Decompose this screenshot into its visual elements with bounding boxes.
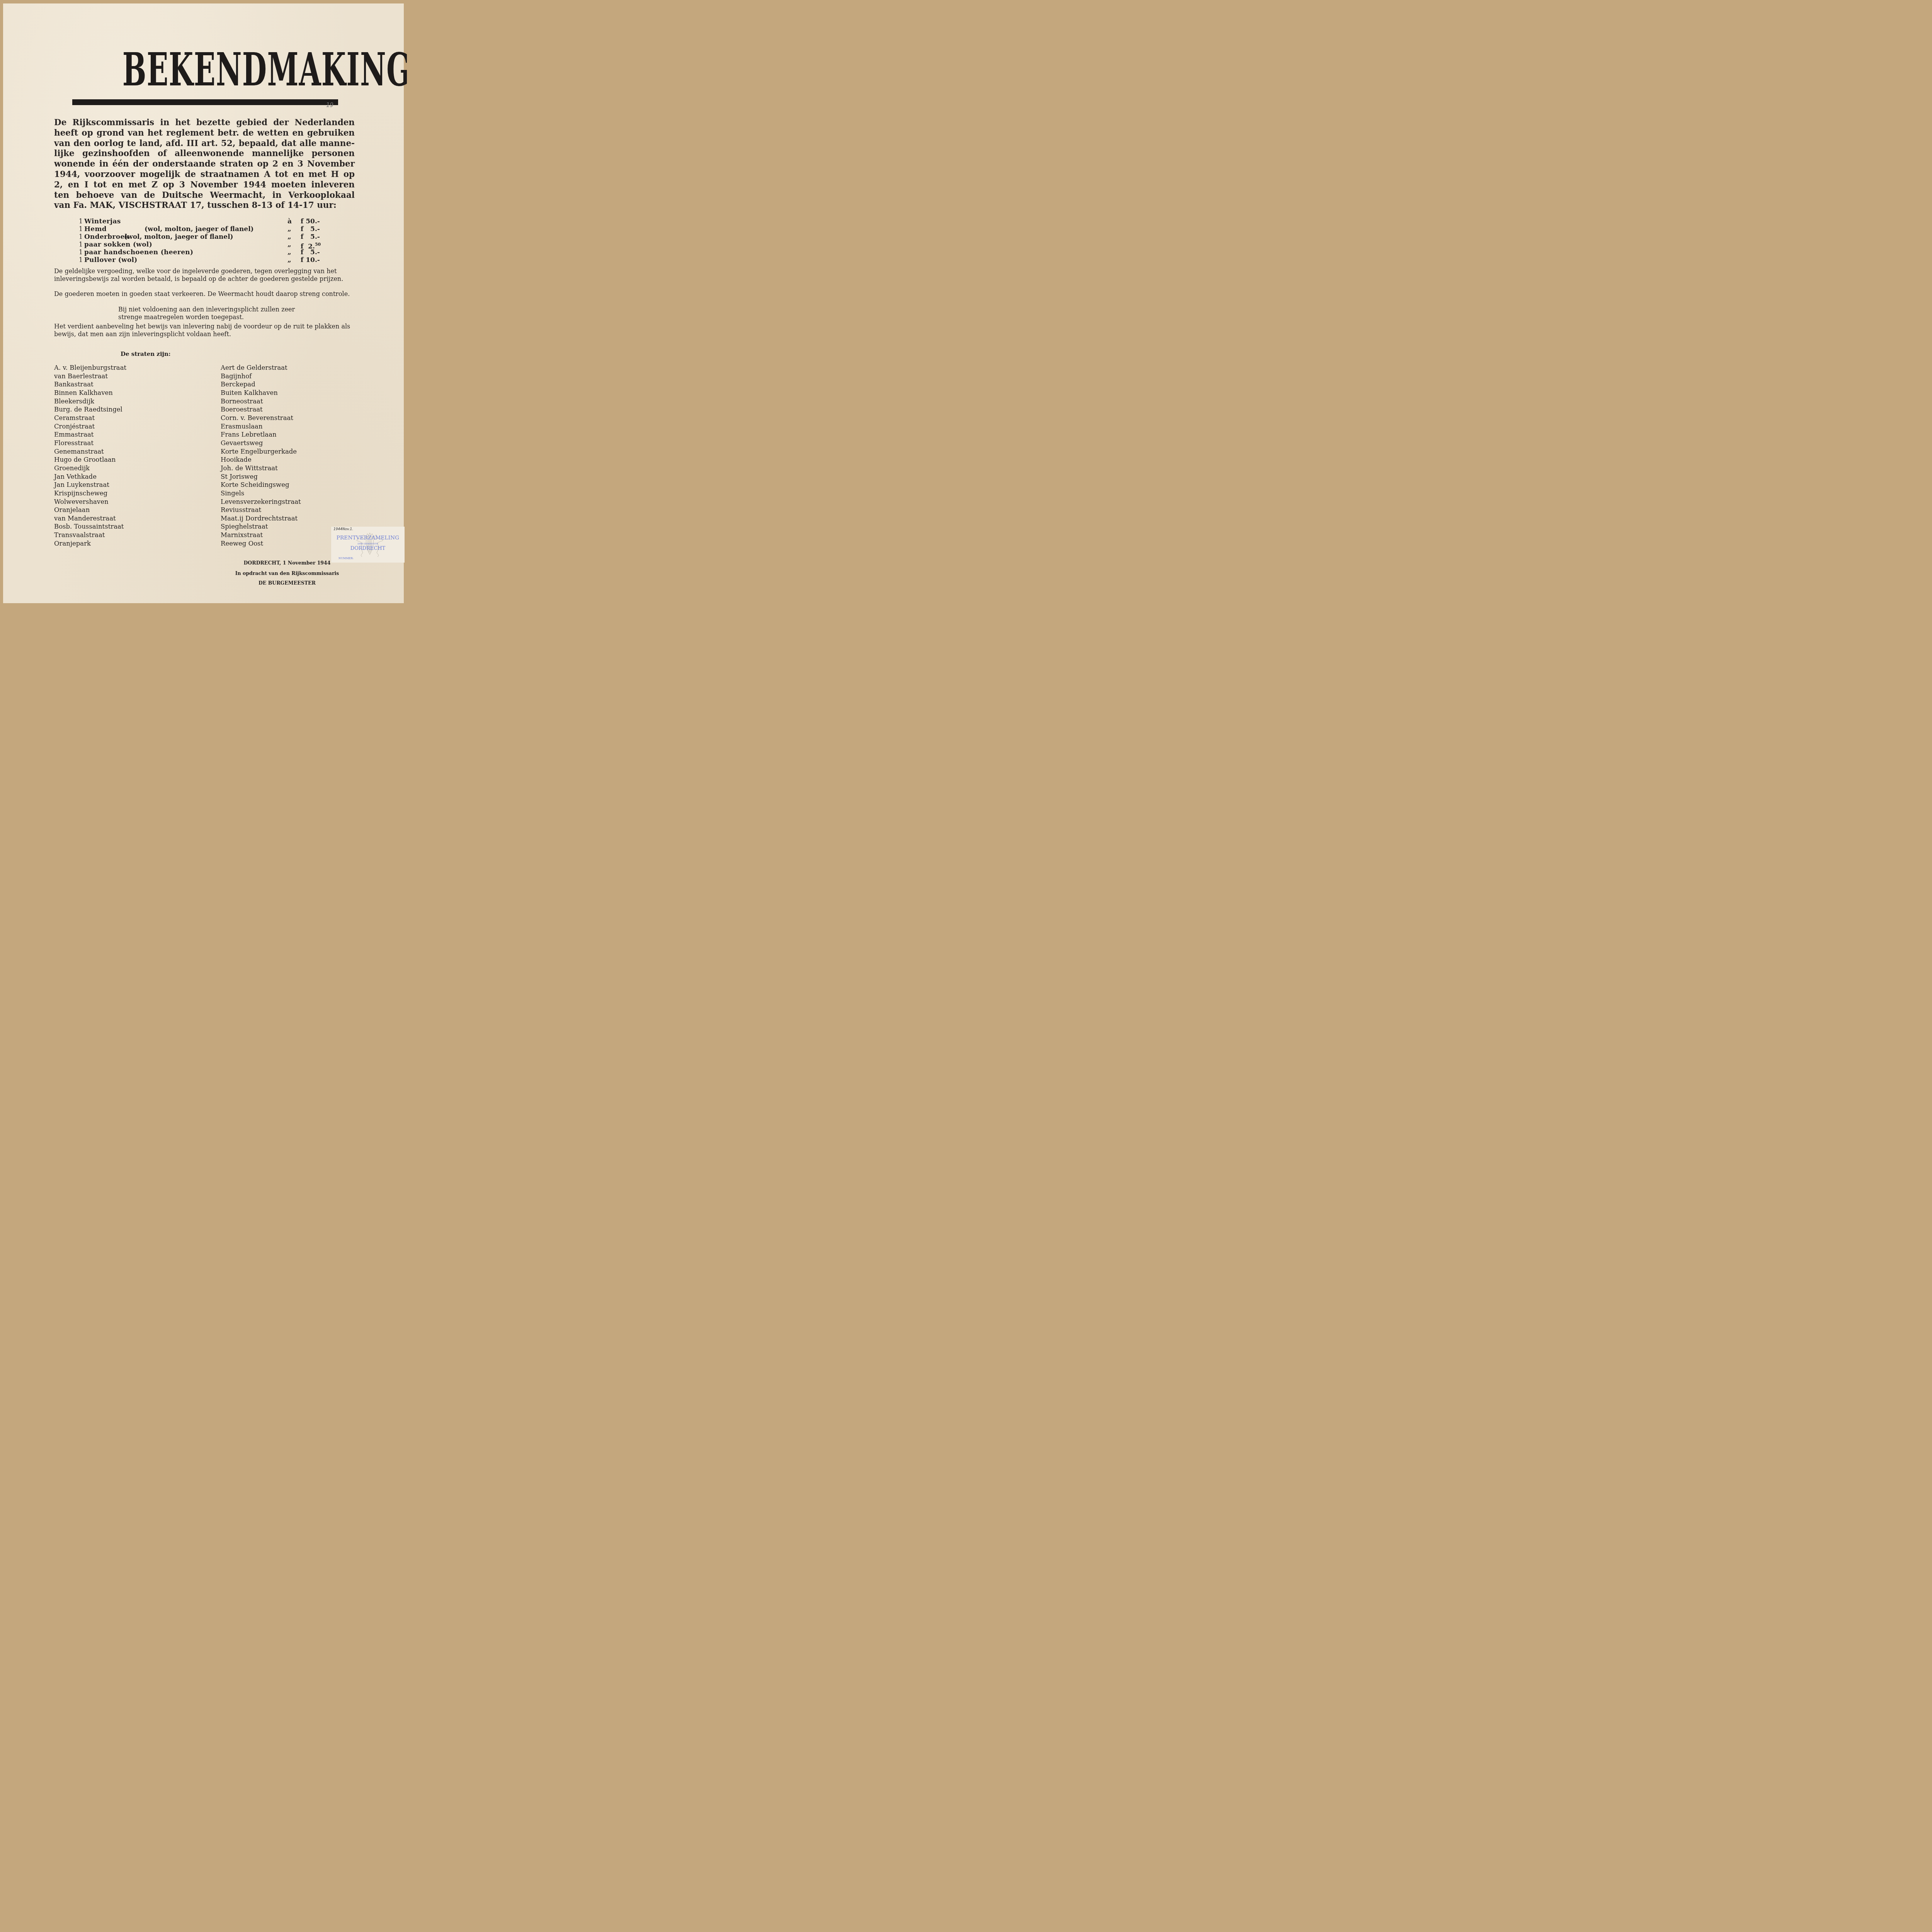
- item-row: 1 Pullover (wol) „ f 10.-: [79, 256, 330, 264]
- street-name: Krispijnscheweg: [54, 489, 126, 498]
- intro-line: wonende in één der onderstaande straten …: [54, 159, 355, 170]
- street-name: Cronjéstraat: [54, 422, 126, 431]
- item-name: paar sokken (wol): [84, 241, 152, 248]
- item-price: f 5.-: [301, 248, 320, 256]
- item-ditto-mark: „: [287, 248, 291, 256]
- street-name: Singels: [221, 489, 301, 498]
- item-row: 1 Onderbroek (wol, molton, jaeger of fla…: [79, 233, 330, 241]
- street-name: Oranjepark: [54, 539, 126, 548]
- street-name: van Baerlestraat: [54, 372, 126, 381]
- street-name: Bleekersdijk: [54, 397, 126, 406]
- street-name: Korte Scheidingsweg: [221, 481, 301, 489]
- street-name: Genemanstraat: [54, 447, 126, 456]
- stamp-city: DORDRECHT: [331, 546, 405, 551]
- street-list-left: A. v. Bleijenburgstraat van Baerlestraat…: [54, 364, 126, 548]
- intro-line: 2, en I tot en met Z op 3 November 1944 …: [54, 180, 355, 190]
- street-name: Burg. de Raedtsingel: [54, 405, 126, 414]
- item-quantity: 1: [79, 248, 83, 256]
- street-name: Spieghelstraat: [221, 522, 301, 531]
- street-name: Maat.ij Dordrechtstraat: [221, 514, 301, 523]
- signatory: DE BURGEMEESTER: [219, 580, 355, 586]
- intro-line: 1944, voorzoover mogelijk de straatnamen…: [54, 170, 355, 180]
- intro-line: heeft op grond van het reglement betr. d…: [54, 128, 355, 139]
- street-name: Ceramstraat: [54, 414, 126, 422]
- item-row: 1 paar sokken (wol) „ f 2.50: [79, 241, 330, 248]
- intro-paragraph: De Rijkscommissaris in het bezette gebie…: [54, 118, 355, 211]
- requisition-item-list: 1 Winterjas à f 50.- 1 Hemd (wol, molton…: [79, 218, 330, 264]
- street-name: Oranjelaan: [54, 506, 126, 514]
- compensation-paragraph: De geldelijke vergoeding, welke voor de …: [54, 267, 354, 282]
- street-name: Binnen Kalkhaven: [54, 389, 126, 397]
- item-quantity: 1: [79, 256, 83, 264]
- item-ditto-mark: „: [287, 256, 291, 264]
- street-name: Floresstraat: [54, 439, 126, 447]
- item-name: Winterjas: [84, 218, 121, 225]
- street-name: Boeroestraat: [221, 405, 301, 414]
- street-name: Bosb. Toussaintstraat: [54, 522, 126, 531]
- street-name: Jan Vethkade: [54, 473, 126, 481]
- street-name: Bankastraat: [54, 380, 126, 389]
- poster-title: BEKENDMAKING: [122, 44, 287, 95]
- item-row: 1 Hemd (wol, molton, jaeger of flanel) „…: [79, 225, 330, 233]
- street-name: Buiten Kalkhaven: [221, 389, 301, 397]
- intro-line: ten behoeve van de Duitsche Weermacht, i…: [54, 190, 355, 201]
- street-name: Reeweg Oost: [221, 539, 301, 548]
- handwritten-date-note: 1944Nov.1.: [333, 527, 353, 531]
- item-row: 1 Winterjas à f 50.-: [79, 218, 330, 225]
- stamp-subtitle: DER GEMEENTE: [331, 543, 405, 545]
- street-name: Reviusstraat: [221, 506, 301, 514]
- item-name: Pullover (wol): [84, 256, 138, 264]
- street-name: Jan Luykenstraat: [54, 481, 126, 489]
- item-price: f 5.-: [301, 233, 320, 241]
- intro-line: lijke gezinshoofden of alleenwonende man…: [54, 149, 355, 159]
- intro-line: van den oorlog te land, afd. III art. 52…: [54, 139, 355, 149]
- street-name: Hugo de Grootlaan: [54, 456, 126, 464]
- intro-line: van Fa. MAK, VISCHSTRAAT 17, tusschen 8-…: [54, 201, 355, 211]
- pencil-annotation: 19: [326, 102, 333, 109]
- item-quantity: 1: [79, 241, 83, 248]
- street-name: Joh. de Wittstraat: [221, 464, 301, 473]
- street-name: Wolwevershaven: [54, 498, 126, 506]
- item-price: f 5.-: [301, 225, 320, 233]
- item-quantity: 1: [79, 233, 83, 241]
- item-ditto-mark: „: [287, 233, 291, 241]
- item-name: Hemd: [84, 225, 107, 233]
- street-name: Gevaertsweg: [221, 439, 301, 447]
- condition-paragraph: De goederen moeten in goeden staat verke…: [54, 290, 354, 298]
- item-price: f 50.-: [301, 218, 320, 225]
- street-name: Frans Lebretlaan: [221, 430, 301, 439]
- street-name: A. v. Bleijenburgstraat: [54, 364, 126, 372]
- street-name: Levensverzekeringstraat: [221, 498, 301, 506]
- item-name: Onderbroek: [84, 233, 129, 241]
- item-name: paar handschoenen (heeren): [84, 248, 193, 256]
- street-name: Bagijnhof: [221, 372, 301, 381]
- street-name: Korte Engelburgerkade: [221, 447, 301, 456]
- stamp-collection-name: PRENTVERZAMELING: [331, 535, 405, 541]
- street-name: Emmastraat: [54, 430, 126, 439]
- receipt-advice-paragraph: Het verdient aanbeveling het bewijs van …: [54, 323, 354, 338]
- archive-stamp-label: 1944Nov.1. PRENTVERZAMELING DER GEMEENTE…: [331, 527, 405, 563]
- street-name: St Jorisweg: [221, 473, 301, 481]
- penalty-warning-paragraph: Bij niet voldoening aan den inleveringsp…: [118, 306, 319, 321]
- item-quantity: 1: [79, 225, 83, 233]
- street-name: Aert de Gelderstraat: [221, 364, 301, 372]
- streets-heading: De straten zijn:: [121, 350, 170, 357]
- item-material-spec: (wol, molton, jaeger of flanel): [145, 225, 254, 233]
- street-name: Hooikade: [221, 456, 301, 464]
- street-name: Corn. v. Beverenstraat: [221, 414, 301, 422]
- street-name: Berckepad: [221, 380, 301, 389]
- stamp-number-label: NUMMER:: [338, 557, 354, 560]
- street-name: Groenedijk: [54, 464, 126, 473]
- street-name: Transvaalstraat: [54, 531, 126, 539]
- street-name: Marnixstraat: [221, 531, 301, 539]
- item-material-spec: (wol, molton, jaeger of flanel): [124, 233, 233, 241]
- poster-paper: BEKENDMAKING 19 De Rijkscommissaris in h…: [3, 3, 404, 603]
- on-behalf-line: In opdracht van den Rijkscommissaris: [219, 570, 355, 576]
- street-name: van Manderestraat: [54, 514, 126, 523]
- title-underline-rule: [72, 99, 338, 105]
- intro-line: De Rijkscommissaris in het bezette gebie…: [54, 118, 355, 128]
- street-name: Borneostraat: [221, 397, 301, 406]
- item-price: f 10.-: [301, 256, 320, 264]
- item-ditto-mark: à: [287, 218, 292, 225]
- street-name: Erasmuslaan: [221, 422, 301, 431]
- street-list-right: Aert de Gelderstraat Bagijnhof Berckepad…: [221, 364, 301, 548]
- item-ditto-mark: „: [287, 225, 291, 233]
- item-ditto-mark: „: [287, 241, 291, 248]
- item-row: 1 paar handschoenen (heeren) „ f 5.-: [79, 248, 330, 256]
- item-quantity: 1: [79, 218, 83, 225]
